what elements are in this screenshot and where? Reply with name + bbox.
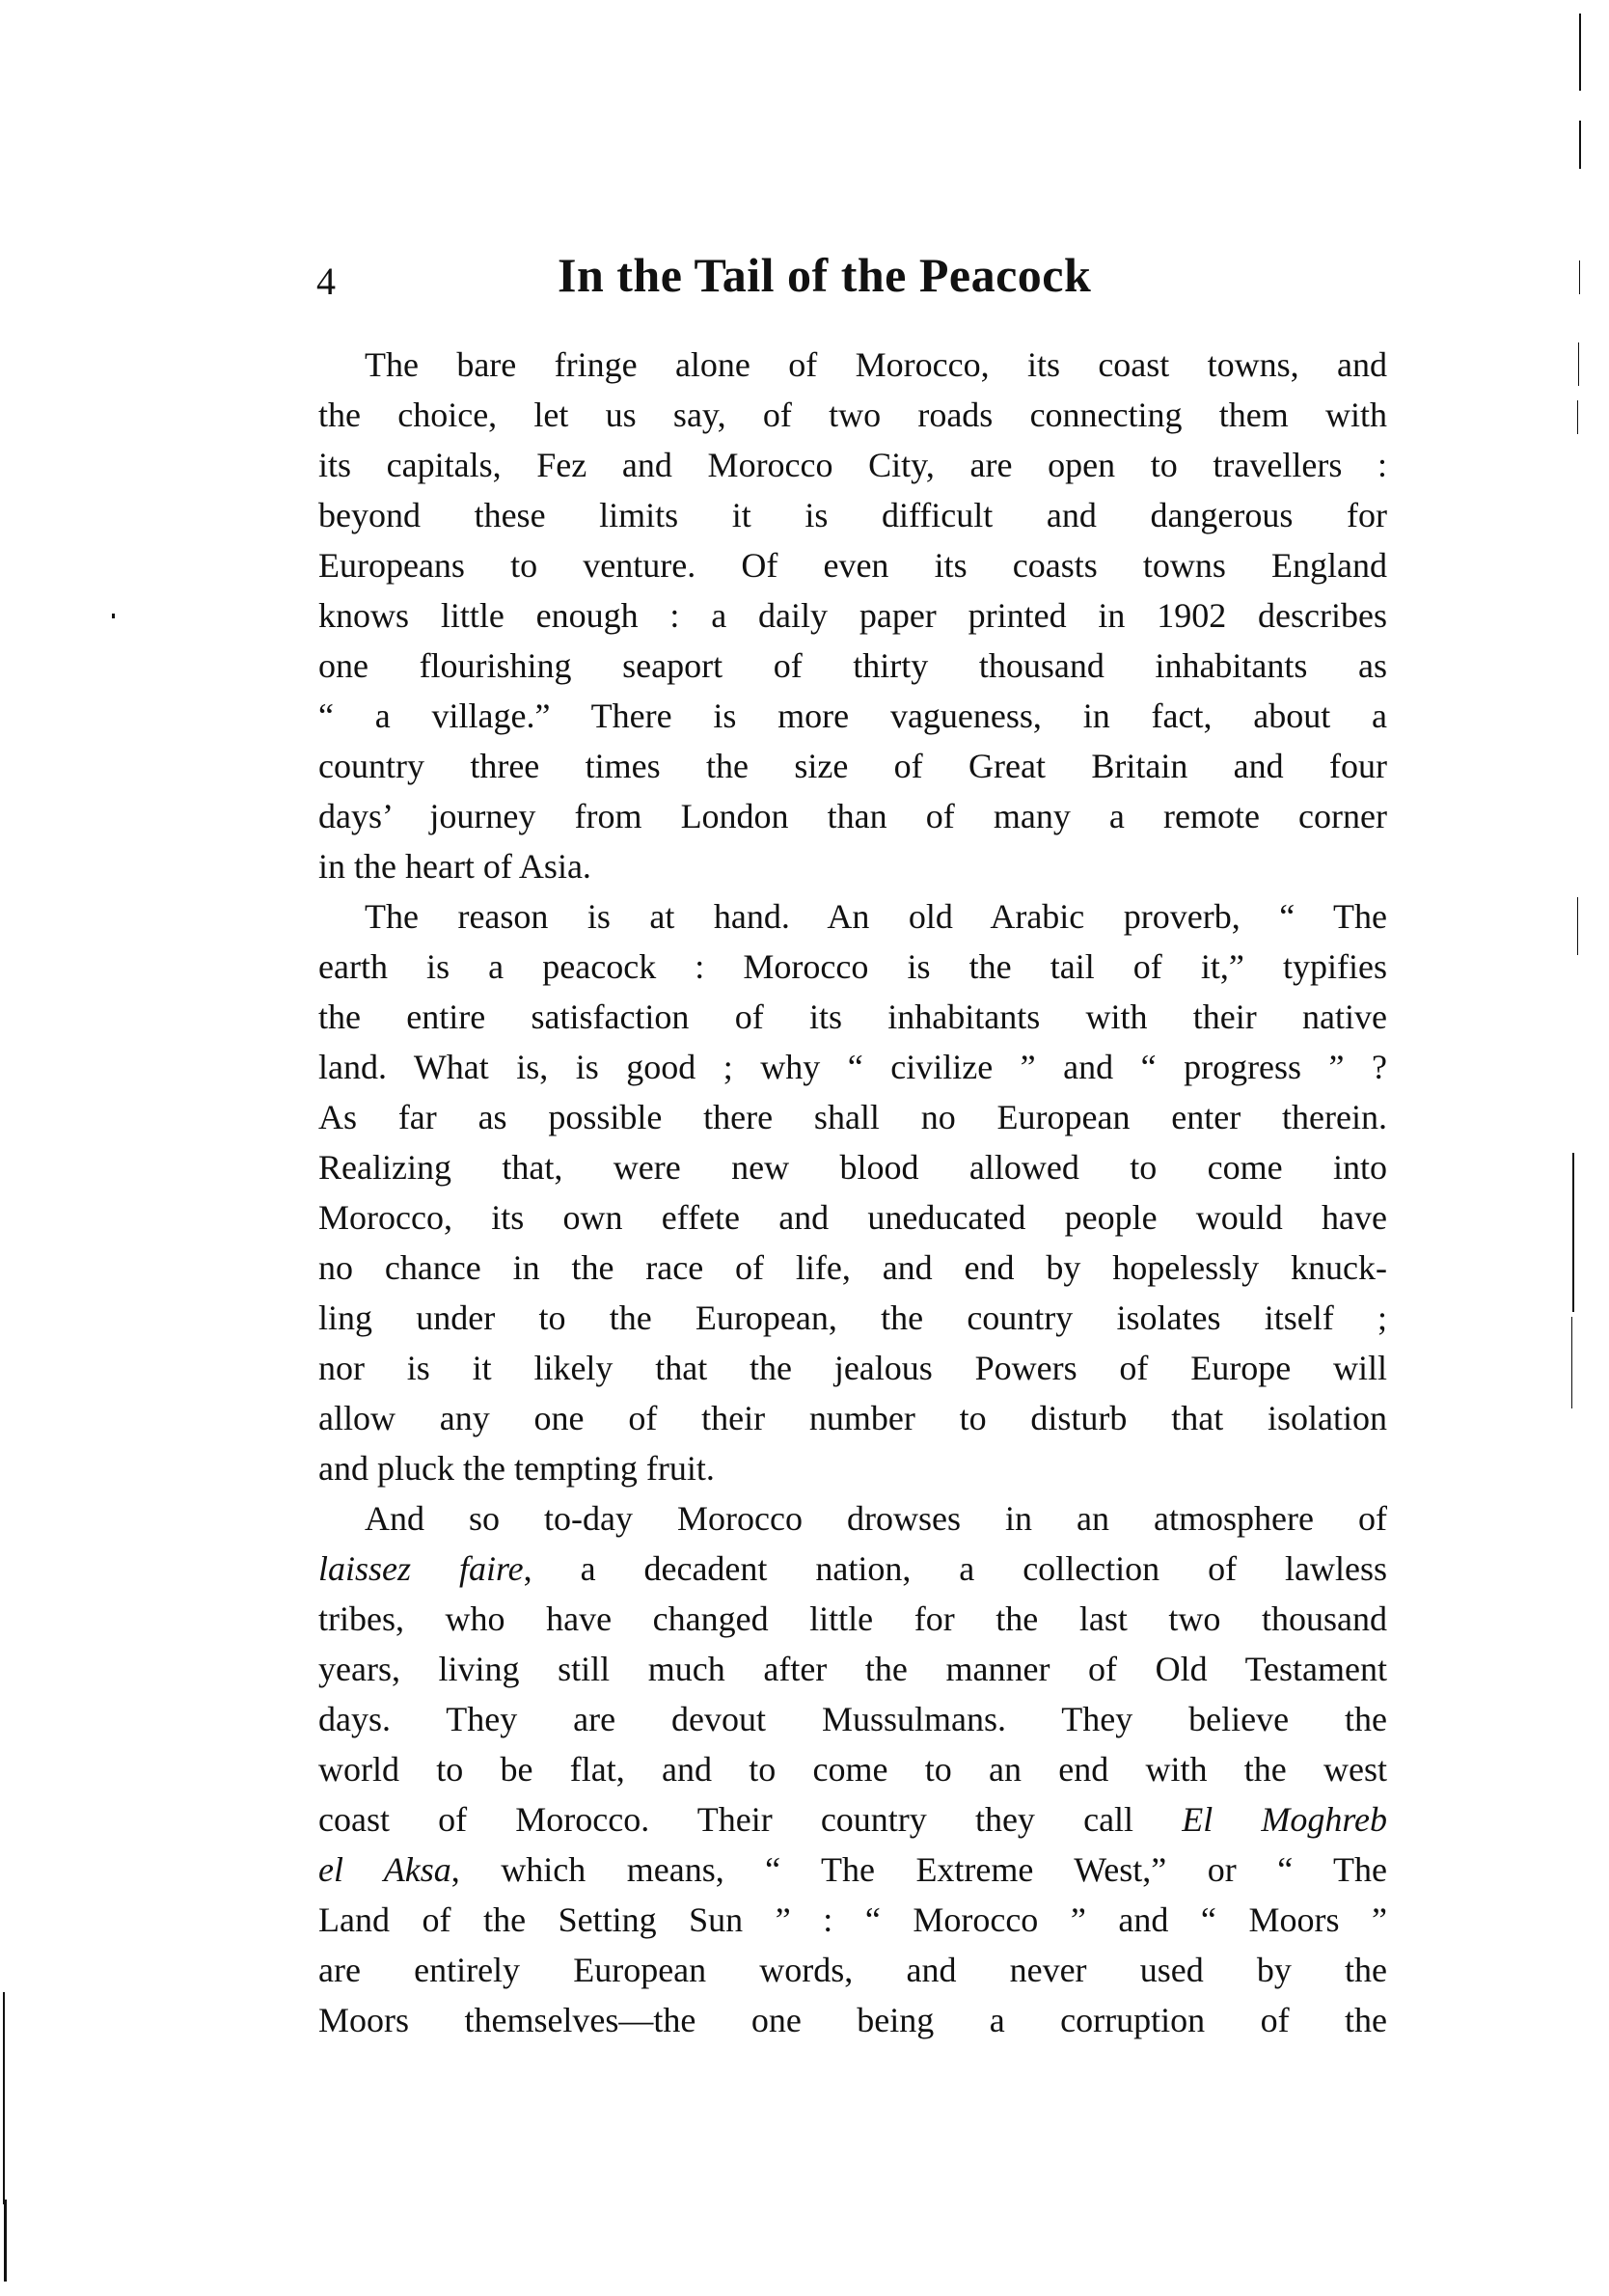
scan-edge-mark-right (1578, 342, 1579, 386)
text-line: no chance in the race of life, and end b… (318, 1243, 1387, 1293)
text-line: the entire satisfaction of its inhabitan… (318, 992, 1387, 1042)
line-text: one flourishing seaport of thirty thousa… (318, 646, 1387, 685)
line-text: world to be flat, and to come to an end … (318, 1750, 1387, 1789)
text-line: the choice, let us say, of two roads con… (318, 390, 1387, 440)
page-number: 4 (316, 253, 336, 311)
text-line: days’ journey from London than of many a… (318, 791, 1387, 841)
line-text: and pluck the tempting fruit. (318, 1449, 715, 1488)
line-text: tribes, who have changed little for the … (318, 1599, 1387, 1638)
text-line: ling under to the European, the country … (318, 1293, 1387, 1343)
line-text: And so to-day Morocco drowses in an atmo… (365, 1499, 1387, 1538)
text-line: are entirely European words, and never u… (318, 1945, 1387, 1995)
text-line: The bare fringe alone of Morocco, its co… (318, 340, 1387, 390)
scan-edge-mark-right (1579, 14, 1581, 91)
line-text: in the heart of Asia. (318, 847, 591, 886)
text-line: knows little enough : a daily paper prin… (318, 590, 1387, 641)
line-text: years, living still much after the manne… (318, 1650, 1387, 1688)
line-text: Morocco, its own effete and uneducated p… (318, 1198, 1387, 1237)
text-line: land. What is, is good ; why “ civilize … (318, 1042, 1387, 1092)
line-text: land. What is, is good ; why “ civilize … (318, 1048, 1387, 1086)
line-text: The reason is at hand. An old Arabic pro… (365, 897, 1387, 936)
scan-edge-mark-right (1577, 897, 1578, 955)
text-line: Land of the Setting Sun ” : “ Morocco ” … (318, 1895, 1387, 1945)
line-text: Europeans to venture. Of even its coasts… (318, 546, 1387, 585)
line-text: are entirely European words, and never u… (318, 1951, 1387, 1989)
text-line: coast of Morocco. Their country they cal… (318, 1794, 1387, 1845)
line-text: Moors themselves—the one being a corrupt… (318, 2001, 1387, 2039)
stray-mark (112, 614, 115, 618)
scan-edge-mark-right (1579, 121, 1581, 169)
scan-edge-mark-right (1579, 260, 1580, 294)
text-line: el Aksa, which means, “ The Extreme West… (318, 1845, 1387, 1895)
italic-phrase: el Aksa (318, 1850, 451, 1889)
text-line: and pluck the tempting fruit. (318, 1443, 1387, 1493)
text-line: “ a village.” There is more vagueness, i… (318, 691, 1387, 741)
scan-edge-mark-right (1571, 1317, 1572, 1408)
body-text: The bare fringe alone of Morocco, its co… (318, 340, 1387, 2045)
text-line: Realizing that, were new blood allowed t… (318, 1142, 1387, 1192)
scan-edge-mark-right (1572, 1153, 1574, 1312)
text-line: in the heart of Asia. (318, 841, 1387, 891)
text-line: one flourishing seaport of thirty thousa… (318, 641, 1387, 691)
line-text: beyond these limits it is difficult and … (318, 496, 1387, 534)
line-text: the choice, let us say, of two roads con… (318, 396, 1387, 434)
text-line: world to be flat, and to come to an end … (318, 1744, 1387, 1794)
line-text: no chance in the race of life, and end b… (318, 1248, 1387, 1287)
text-line: Europeans to venture. Of even its coasts… (318, 540, 1387, 590)
text-line: And so to-day Morocco drowses in an atmo… (318, 1493, 1387, 1544)
line-text: coast of Morocco. Their country they cal… (318, 1800, 1182, 1839)
italic-phrase: El Moghreb (1182, 1800, 1387, 1839)
line-text: knows little enough : a daily paper prin… (318, 596, 1387, 635)
text-line: nor is it likely that the jealous Powers… (318, 1343, 1387, 1393)
line-text: nor is it likely that the jealous Powers… (318, 1349, 1387, 1387)
text-line: years, living still much after the manne… (318, 1644, 1387, 1694)
line-text: Realizing that, were new blood allowed t… (318, 1148, 1387, 1187)
text-line: The reason is at hand. An old Arabic pro… (318, 891, 1387, 942)
line-text: its capitals, Fez and Morocco City, are … (318, 446, 1387, 484)
scan-edge-mark-left (4, 2200, 7, 2282)
line-text: Land of the Setting Sun ” : “ Morocco ” … (318, 1900, 1387, 1939)
scan-edge-mark-right (1577, 400, 1578, 434)
line-text: “ a village.” There is more vagueness, i… (318, 697, 1387, 735)
running-title: In the Tail of the Peacock (558, 241, 1175, 309)
line-text: allow any one of their number to disturb… (318, 1399, 1387, 1437)
line-text: country three times the size of Great Br… (318, 747, 1387, 785)
text-line: As far as possible there shall no Europe… (318, 1092, 1387, 1142)
line-text: The bare fringe alone of Morocco, its co… (365, 345, 1387, 384)
text-line: Moors themselves—the one being a corrupt… (318, 1995, 1387, 2045)
text-line: Morocco, its own effete and uneducated p… (318, 1192, 1387, 1243)
text-line: allow any one of their number to disturb… (318, 1393, 1387, 1443)
line-text: ling under to the European, the country … (318, 1298, 1387, 1337)
line-text: , a decadent nation, a collection of law… (524, 1549, 1387, 1588)
text-line: earth is a peacock : Morocco is the tail… (318, 942, 1387, 992)
text-line: its capitals, Fez and Morocco City, are … (318, 440, 1387, 490)
line-text: earth is a peacock : Morocco is the tail… (318, 947, 1387, 986)
line-text: days. They are devout Mussulmans. They b… (318, 1700, 1387, 1738)
scan-edge-mark-left (3, 1992, 5, 2204)
line-text: , which means, “ The Extreme West,” or “… (451, 1850, 1387, 1889)
italic-phrase: laissez faire (318, 1549, 524, 1588)
text-line: country three times the size of Great Br… (318, 741, 1387, 791)
text-line: beyond these limits it is difficult and … (318, 490, 1387, 540)
text-line: days. They are devout Mussulmans. They b… (318, 1694, 1387, 1744)
text-line: laissez faire, a decadent nation, a coll… (318, 1544, 1387, 1594)
line-text: the entire satisfaction of its inhabitan… (318, 998, 1387, 1036)
line-text: As far as possible there shall no Europe… (318, 1098, 1387, 1136)
line-text: days’ journey from London than of many a… (318, 797, 1387, 835)
text-line: tribes, who have changed little for the … (318, 1594, 1387, 1644)
